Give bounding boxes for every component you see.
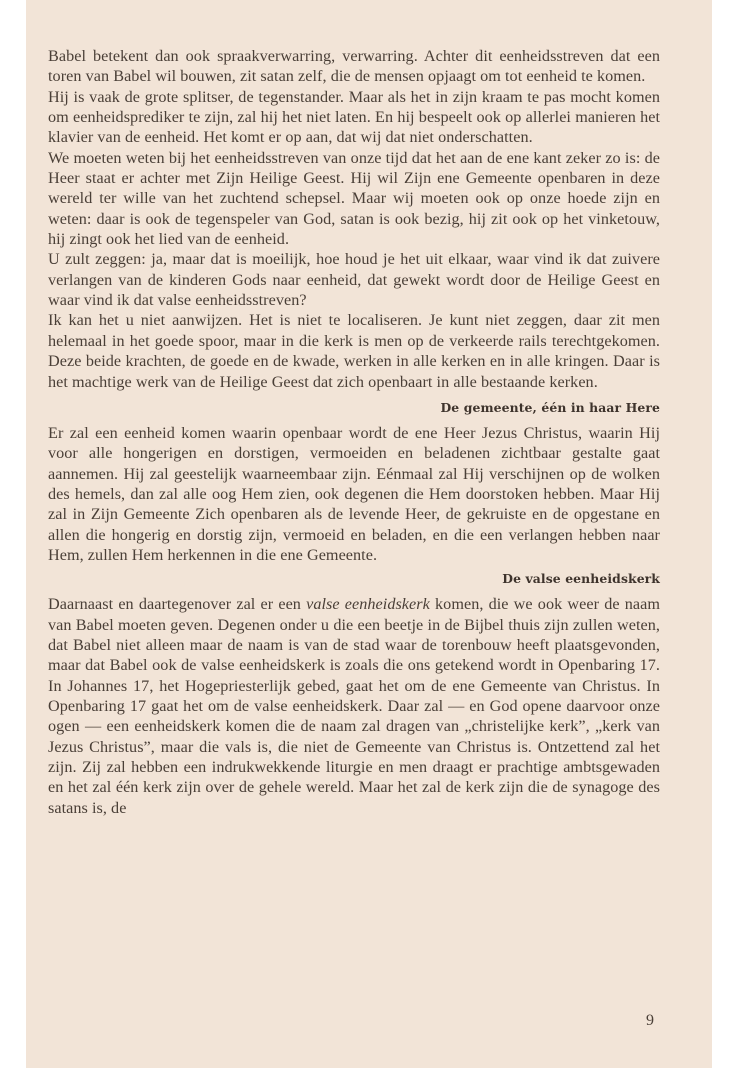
section-heading-false-unity-church: De valse eenheidskerk [48, 566, 660, 592]
book-page: Babel betekent dan ook spraakverwarring,… [26, 0, 712, 1068]
paragraph-great-splitter: Hij is vaak de grote splitser, de tegens… [48, 87, 660, 148]
paragraph-unity-revealed: Er zal een eenheid komen waarin openbaar… [48, 423, 660, 565]
text-run: komen, die we ook weer de naam van Babel… [48, 595, 660, 816]
text-run: Daarnaast en daartegenover zal er een [48, 595, 306, 613]
paragraph-how-to-discern: U zult zeggen: ja, maar dat is moeilijk,… [48, 249, 660, 310]
paragraph-false-unity-church: Daarnaast en daartegenover zal er een va… [48, 594, 660, 818]
section-heading-congregation-one: De gemeente, één in haar Here [48, 395, 660, 421]
italic-term: valse eenheidskerk [306, 595, 430, 613]
page-number: 9 [646, 1012, 654, 1030]
paragraph-unity-striving: We moeten weten bij het eenheidsstreven … [48, 148, 660, 250]
paragraph-babel-confusion: Babel betekent dan ook spraakverwarring,… [48, 46, 660, 87]
paragraph-cannot-localize: Ik kan het u niet aanwijzen. Het is niet… [48, 310, 660, 391]
page-body-text: Babel betekent dan ook spraakverwarring,… [48, 46, 660, 818]
